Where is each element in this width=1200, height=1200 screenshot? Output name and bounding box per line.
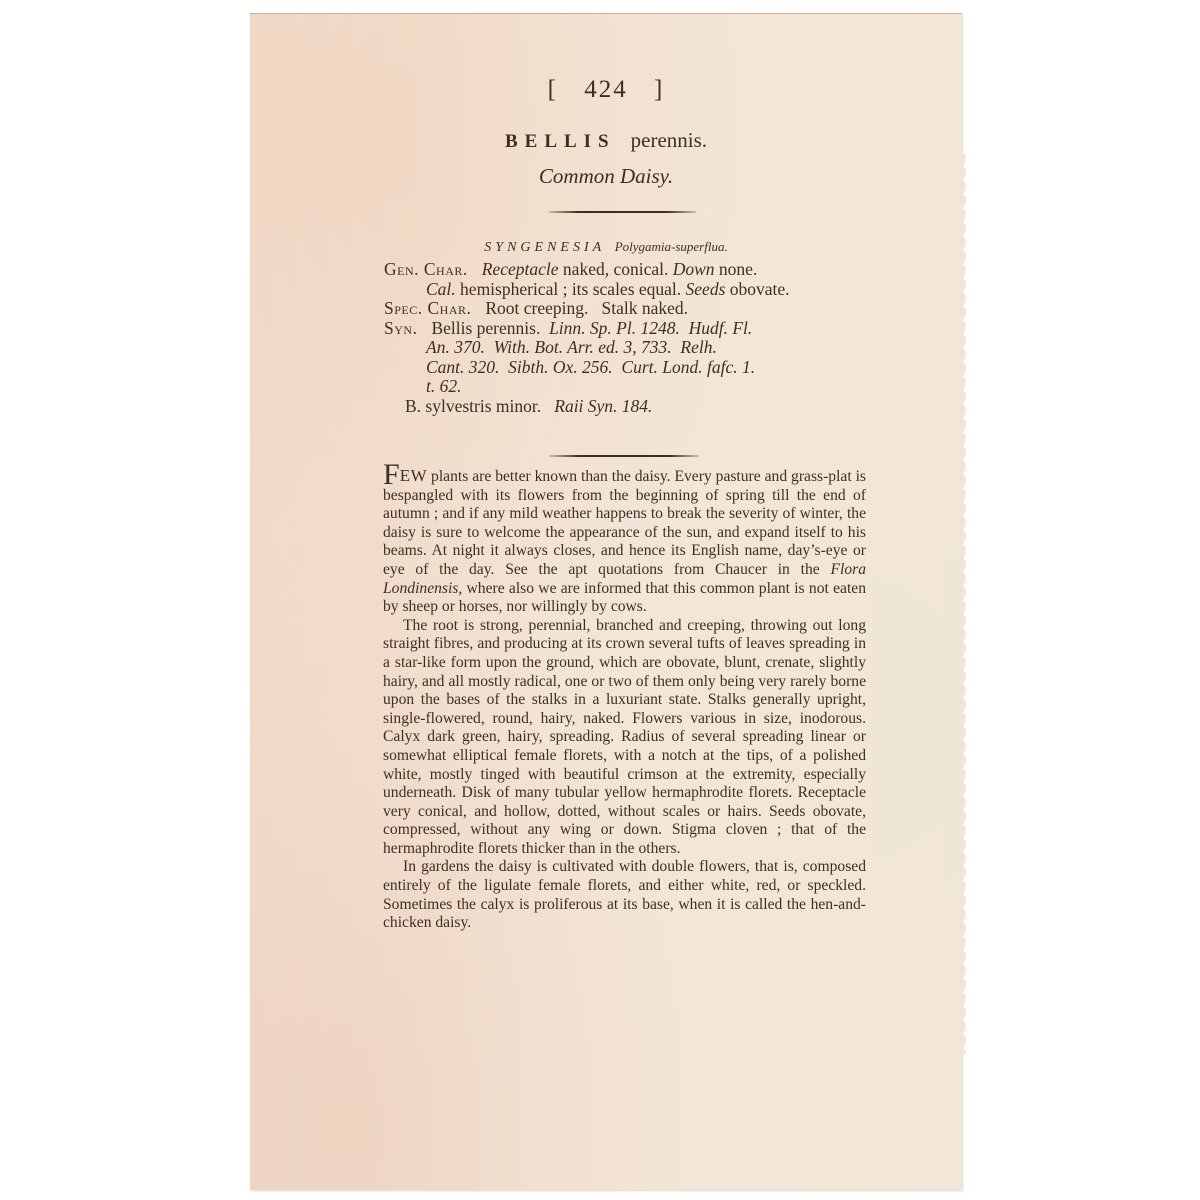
spec-char-line: Spec. Char.Root creeping. Stalk naked.	[384, 299, 904, 319]
lead-word: EW	[400, 466, 427, 485]
gen-char-text: naked, conical.	[559, 259, 673, 279]
species-name: perennis.	[631, 128, 707, 152]
linnaean-classification: SYNGENESIA Polygamia-superflua.	[250, 239, 962, 256]
gen-char-term: Receptacle	[482, 259, 559, 279]
description-body: FEW plants are better known than the dai…	[383, 466, 866, 933]
divider-rule	[549, 455, 699, 457]
common-name: Common Daisy.	[250, 164, 962, 189]
syn-label: Syn.	[384, 318, 417, 338]
syn-name: Bellis perennis.	[431, 318, 540, 338]
gen-char-text: none.	[715, 259, 758, 279]
order-name: Polygamia-superflua.	[615, 239, 728, 254]
gen-char-term: Down	[673, 259, 715, 279]
syn-alt-line: B. sylvestris minor. Raii Syn. 184.	[384, 397, 904, 417]
syn-reference: Cant. 320. Sibth. Ox. 256. Curt. Lond. f…	[426, 357, 755, 377]
syn-line-2: An. 370. With. Bot. Arr. ed. 3, 733. Rel…	[384, 338, 904, 358]
paragraph-intro: FEW plants are better known than the dai…	[383, 466, 866, 617]
syn-line-4: t. 62.	[384, 377, 904, 397]
gen-char-label: Gen. Char.	[384, 259, 468, 279]
gen-char-line-2: Cal. hemispherical ; its scales equal. S…	[384, 280, 904, 300]
scan-stage: [ 424 ] BELLIS perennis. Common Daisy. S…	[0, 0, 1200, 1200]
botanical-characters: Gen. Char.Receptacle naked, conical. Dow…	[384, 260, 904, 416]
book-page: [ 424 ] BELLIS perennis. Common Daisy. S…	[250, 13, 962, 1190]
paragraph-description: The root is strong, perennial, branched …	[383, 617, 866, 859]
folio-bracket-open: [	[530, 76, 576, 103]
folio-number: 424	[584, 76, 628, 103]
page-number: [ 424 ]	[250, 76, 962, 104]
paragraph-text: plants are better known than the daisy. …	[383, 468, 866, 578]
gen-char-term: Cal.	[426, 279, 456, 299]
spec-char-label: Spec. Char.	[384, 298, 471, 318]
genus-name: BELLIS	[505, 131, 616, 152]
gen-char-term: Seeds	[686, 279, 726, 299]
syn-line-1: Syn.Bellis perennis. Linn. Sp. Pl. 1248.…	[384, 319, 904, 339]
gen-char-line-1: Gen. Char.Receptacle naked, conical. Dow…	[384, 260, 904, 280]
syn-alt-name: B. sylvestris minor.	[405, 396, 541, 416]
syn-reference: Linn. Sp. Pl. 1248. Hudf. Fl.	[549, 318, 752, 338]
paragraph-cultivation: In gardens the daisy is cultivated with …	[383, 858, 866, 932]
divider-rule	[549, 211, 696, 213]
page-title: BELLIS perennis.	[250, 128, 962, 153]
gen-char-text: hemispherical ; its scales equal.	[456, 279, 686, 299]
syn-reference: An. 370. With. Bot. Arr. ed. 3, 733. Rel…	[426, 337, 717, 357]
gen-char-text: obovate.	[725, 279, 789, 299]
syn-line-3: Cant. 320. Sibth. Ox. 256. Curt. Lond. f…	[384, 358, 904, 378]
folio-bracket-close: ]	[636, 76, 682, 103]
syn-alt-reference: Raii Syn. 184.	[554, 396, 652, 416]
class-name: SYNGENESIA	[484, 240, 605, 255]
spec-char-text: Root creeping. Stalk naked.	[485, 298, 688, 318]
syn-reference: t. 62.	[426, 376, 462, 396]
